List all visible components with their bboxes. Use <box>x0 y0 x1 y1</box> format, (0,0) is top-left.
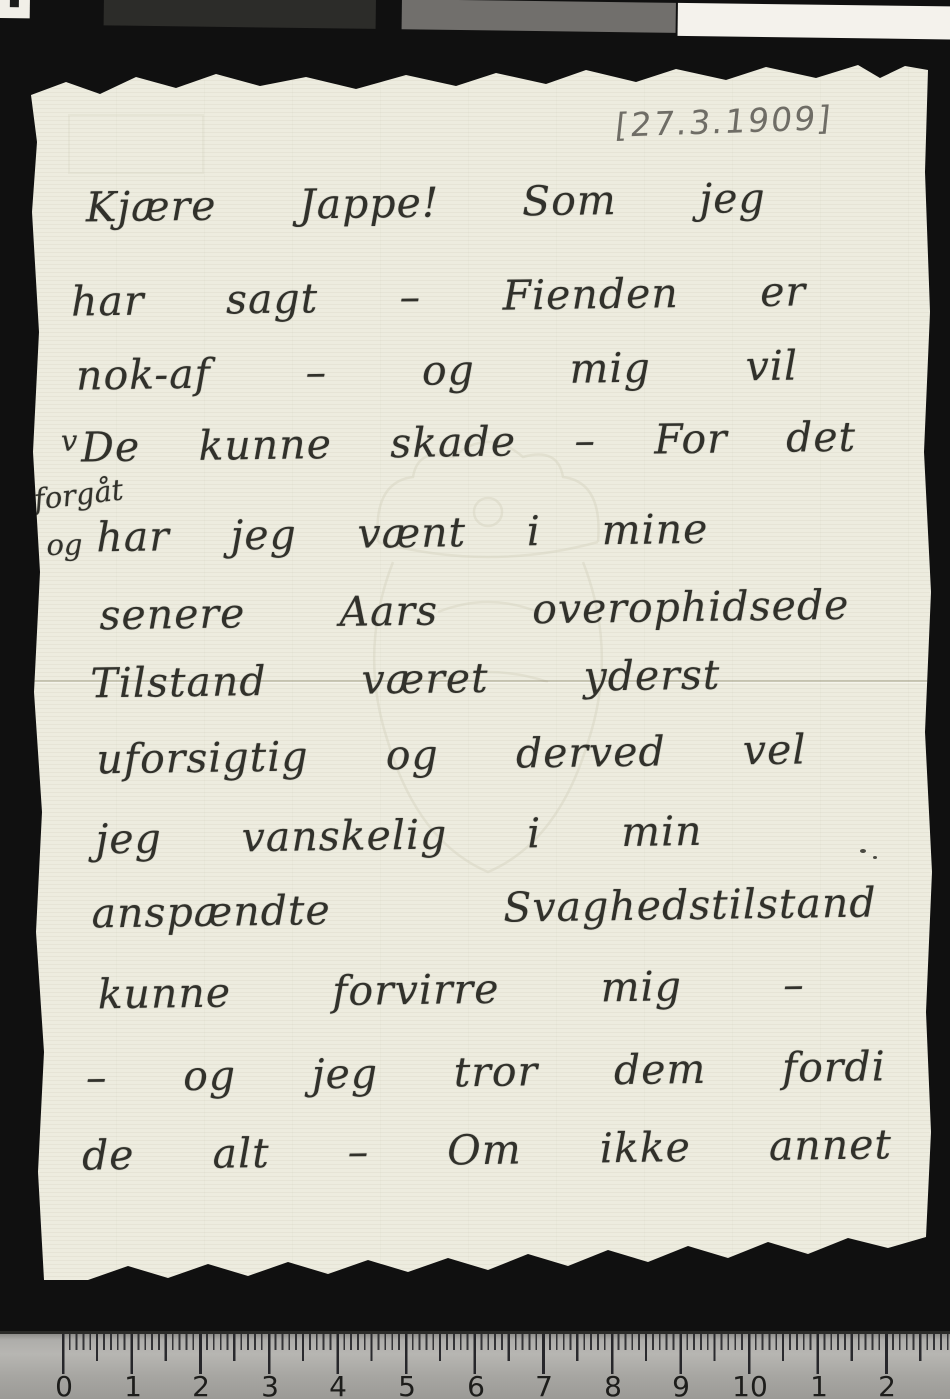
ruler-number: 9 <box>672 1370 690 1399</box>
letter-line: de alt – Om ikke annet <box>82 1122 893 1178</box>
measurement-ruler: 0 1 2 3 4 5 6 7 8 9 10 1 2 <box>0 1331 950 1399</box>
grayscale-patch-white <box>678 3 950 40</box>
ruler-number: 0 <box>55 1370 73 1399</box>
letter-line: kunne forvirre mig – <box>97 962 805 1017</box>
ruler-number: 4 <box>329 1370 347 1399</box>
letter-line: har jeg vænt i mine <box>96 507 709 561</box>
ruler-number: 5 <box>398 1370 416 1399</box>
letter-line: nok-af – og mig vil <box>76 344 799 399</box>
letter-line: senere Aars overophidsede <box>99 583 850 639</box>
letter-line: anspændte Svaghedstilstand <box>91 880 877 936</box>
ruler-number: 8 <box>604 1370 622 1399</box>
ruler-number: 2 <box>878 1370 896 1399</box>
ink-speck <box>873 856 877 859</box>
ruler-number: 7 <box>535 1370 553 1399</box>
ruler-number: 1 <box>810 1370 828 1399</box>
grayscale-patch-gray <box>402 0 676 33</box>
ruler-number: 2 <box>192 1370 210 1399</box>
grayscale-patch-dark <box>104 0 376 29</box>
calibration-white-corner <box>0 0 30 18</box>
ruler-number: 1 <box>124 1370 142 1399</box>
margin-insert-word: forgåt <box>32 472 125 516</box>
letter-line: uforsigtig og derved vel <box>96 727 807 782</box>
letter-line: jeg vanskelig i min <box>95 809 703 863</box>
letter-line: har sagt – Fienden er <box>71 269 807 324</box>
ink-speck <box>860 849 866 853</box>
calibration-corner-mark <box>10 0 19 7</box>
ruler-number: 3 <box>261 1370 279 1399</box>
scanned-letter-photo: { "date_annotation": "[27.3.1909]", "let… <box>0 0 950 1399</box>
calibration-strip <box>0 0 950 46</box>
letter-line: Kjære Jappe! Som jeg <box>85 176 766 231</box>
margin-caret: v <box>61 424 78 458</box>
letter-body: Kjære Jappe! Som jeg har sagt – Fienden … <box>20 46 942 1294</box>
ruler-number: 10 <box>732 1370 768 1399</box>
letter-paper: [27.3.1909] Kjære Jappe! Som jeg har sag… <box>28 52 933 1287</box>
letter-line: – og jeg tror dem fordi <box>86 1044 887 1100</box>
ruler-number: 6 <box>467 1370 485 1399</box>
letter-line: De kunne skade – For det <box>81 415 857 471</box>
margin-word: og <box>46 528 83 562</box>
letter-line: Tilstand været yderst <box>90 653 721 707</box>
